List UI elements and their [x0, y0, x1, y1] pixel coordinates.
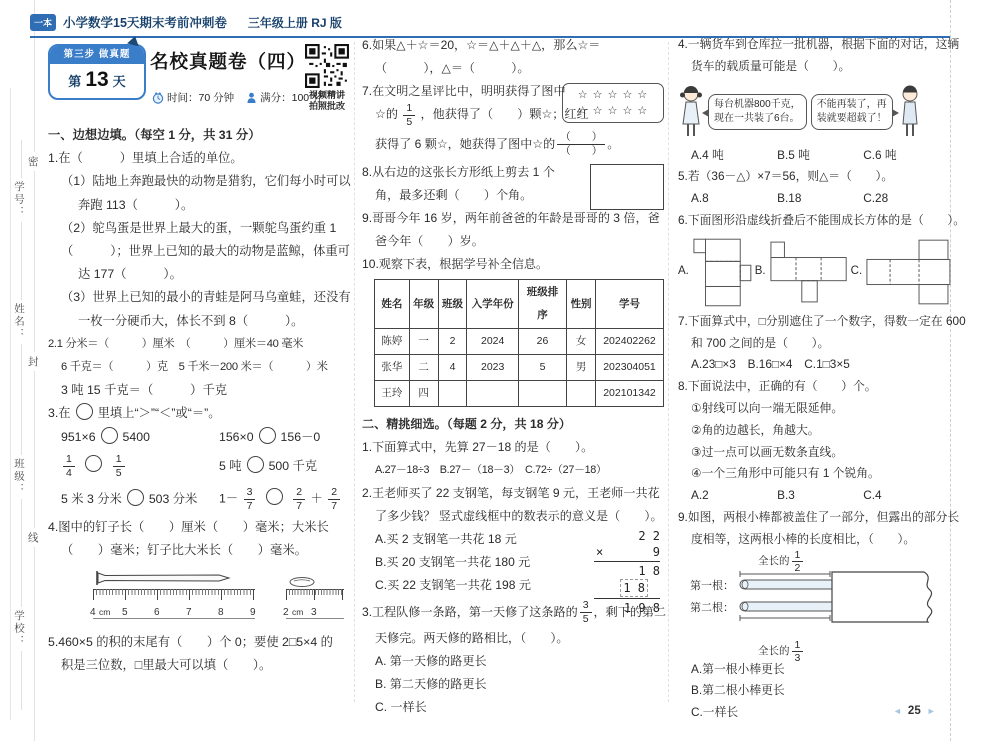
- badge-day-number: 13: [85, 68, 108, 92]
- cell-blank[interactable]: [438, 381, 467, 407]
- option-a: A. 第一天修的路更长: [362, 650, 664, 673]
- table-header-row: 姓名 年级 班级 入学年份 班级排序 性别 学号: [375, 280, 664, 329]
- question-line: 9.哥哥今年 16 岁，两年前爸爸的年龄是哥哥的 3 倍，爸: [362, 207, 664, 230]
- rectangle-paper-illustration: [590, 164, 664, 210]
- question-5-choice: 5.若（36－△）×7＝56，则△＝（ ）。 A.8 B.18 C.28: [678, 166, 952, 210]
- clock-icon: [152, 92, 164, 104]
- student-name-label: 姓名：: [12, 300, 27, 344]
- question-line: 奔跑 113（ ）。: [48, 194, 350, 217]
- time-item: 时间：70 分钟: [152, 90, 234, 105]
- mult-partial-1: 1 8: [594, 563, 660, 579]
- question-line: 1.在（ ）里填上合适的单位。: [48, 147, 350, 170]
- compare-circle[interactable]: [76, 403, 93, 420]
- compare-circle[interactable]: [259, 427, 276, 444]
- section2-question-1: 1.下面算式中，先算 27－18 的是（ ）。 A.27－18÷3 B.27－（…: [362, 436, 664, 482]
- question-1: 1.在（ ）里填上合适的单位。 （1）陆地上奔跑最快的动物是猎豹，它们每小时可以…: [48, 147, 350, 333]
- options-line: A.27－18÷3 B.27－（18－3） C.72÷（27－18）: [362, 459, 664, 482]
- cell: 2: [438, 329, 467, 355]
- cell: 26: [518, 329, 566, 355]
- edition-label: 三年级上册 RJ 版: [248, 14, 342, 31]
- compare-circle[interactable]: [127, 489, 144, 506]
- day-badge: 第三步 做真题 第 13 天: [48, 44, 146, 100]
- net-a: [692, 235, 752, 309]
- qr-caption: 视频精讲 拍照批改: [301, 90, 353, 112]
- question-line: （ ）；世界上已知的最大的动物是蓝鲸，体重可: [48, 240, 350, 263]
- net-label-b: B.: [755, 261, 766, 283]
- col-header: 入学年份: [467, 280, 518, 329]
- table-row: 王玲四202101342: [375, 381, 664, 407]
- cell: 202101342: [596, 381, 664, 407]
- bubble-line: 每台机器800千克，: [714, 98, 801, 112]
- question-line: （2）鸵鸟蛋是世界上最大的蛋，一颗鸵鸟蛋约重 1: [48, 217, 350, 240]
- column-divider-2: [668, 42, 669, 702]
- question-line: 3.工程队修一条路，第一天修了这条路的 35 ，剩下的第二: [362, 597, 664, 627]
- ruler2-ticks-big: [286, 589, 343, 600]
- question-line: 3.在里填上“＞”“＜”或“＝”。: [48, 402, 350, 425]
- ruler-number: 3: [311, 601, 317, 624]
- speech-bubble-1: 每台机器800千克， 现在一共装了6台。: [708, 94, 807, 130]
- question-line: 获得了 6 颗☆，她获得了图中☆的 （ ）（ ） 。: [362, 127, 664, 161]
- fraction: 27: [328, 487, 340, 511]
- table-row: 张华二420235男202304051: [375, 355, 664, 381]
- dashed-box: 1 8: [620, 579, 648, 597]
- cell: 5: [518, 355, 566, 381]
- seal-char-feng: 封: [28, 352, 39, 371]
- paper-title: 名校真题卷（四）: [150, 48, 306, 74]
- stick2-label: 第二根：: [690, 600, 734, 614]
- bubble-line: 现在一共装了6台。: [714, 112, 801, 126]
- badge-step-band: 第三步 做真题: [50, 46, 144, 64]
- question-line: 10.观察下表，根据学号补全信息。: [362, 253, 664, 276]
- question-line: 4.图中的钉子长（ ）厘米（ ）毫米；大米长: [48, 516, 350, 539]
- question-line: 积是三位数，□里最大可以填（ ）。: [48, 654, 350, 677]
- option-c: C. 一样长: [362, 696, 664, 719]
- score-icon: [246, 92, 257, 104]
- col-header: 年级: [409, 280, 438, 329]
- statement-2: ②角的边越长，角越大。: [678, 420, 952, 442]
- question-line: 了多少钱？ 竖式虚线框中的数表示的意义是（ ）。: [362, 505, 664, 528]
- compare-circle[interactable]: [101, 427, 118, 444]
- ruler-number: 6: [154, 601, 160, 624]
- options-row: A.4 吨 B.5 吨 C.6 吨: [678, 145, 952, 167]
- ruler2-underline: [286, 618, 344, 619]
- question-line: （3）世界上已知的最小的青蛙是阿马乌童蛙，还没有: [48, 286, 350, 309]
- question-line: 天修完。两天修的路相比，（ ）。: [362, 627, 664, 650]
- question-8-choice: 8.下面说法中，正确的有（ ）个。 ①射线可以向一端无限延伸。 ②角的边越长，角…: [678, 376, 952, 507]
- paper-meta: 时间：70 分钟 满分：100 分: [152, 90, 323, 105]
- option-b: B.18: [777, 188, 863, 210]
- compare-row: 5 米 3 分米503 分米 1－ 37 27 ＋ 27: [48, 483, 350, 516]
- sticks-graphic: 第一根： 第二根：: [688, 570, 942, 638]
- option-a: A.4 吨: [691, 145, 777, 167]
- option-b: B.5 吨: [777, 145, 863, 167]
- bubble-line: 不能再装了，再: [817, 98, 887, 112]
- option-c: C.6 吨: [863, 145, 949, 167]
- question-line: 爸今年（ ）岁。: [362, 230, 664, 253]
- ruler-ticks-big: [93, 589, 254, 600]
- question-line: 2.1 分米＝（ ）厘米 （ ）厘米＝40 毫米: [48, 333, 350, 356]
- question-line: 一枚一分硬币大，体长不到 8（ ）。: [48, 310, 350, 333]
- mult-rule: [594, 561, 660, 562]
- school-label: 学校：: [12, 607, 27, 651]
- series-title: 小学数学15天期末考前冲刺卷: [63, 13, 227, 31]
- ruler-number: 8: [218, 601, 224, 624]
- question-6-choice: 6.下面图形沿虚线折叠后不能围成长方体的是（ ）。 A.: [678, 210, 952, 309]
- boy-figure: [897, 84, 923, 140]
- options-line: A.23□×3 B.16□×4 C.1□3×5: [678, 354, 952, 376]
- question-line: 5.460×5 的积的末尾有（ ）个 0；要使 2□5×4 的: [48, 631, 350, 654]
- compare-item: 5 吨500 千克: [219, 455, 317, 478]
- cell: 2023: [467, 355, 518, 381]
- option-a: A.8: [691, 188, 777, 210]
- truck-dialog-illustration: 每台机器800千克， 现在一共装了6台。 不能再装了，再 装就要超载了！: [678, 81, 952, 143]
- cell-blank[interactable]: [467, 381, 518, 407]
- question-7: ☆ ☆ ☆ ☆ ☆ ☆ ☆ ☆ ☆ ☆ 7.在文明之星评比中，明明获得了图中 ☆…: [362, 80, 664, 161]
- stick1-label: 第一根：: [690, 578, 734, 592]
- question-3: 3.在里填上“＞”“＜”或“＝”。 951×65400 156×0156－0 1…: [48, 402, 350, 515]
- ruler-number: 5: [122, 601, 128, 624]
- cell: 4: [438, 355, 467, 381]
- column-1: 一、边想边填。（每空 1 分，共 31 分） 1.在（ ）里填上合适的单位。 （…: [48, 124, 350, 677]
- question-line: 8.下面说法中，正确的有（ ）个。: [678, 376, 952, 398]
- question-line: 7.下面算式中，□分别遮住了一个数字，得数一定在 600: [678, 311, 952, 333]
- cell: 男: [567, 355, 596, 381]
- section2-question-2: 2.王老师买了 22 支钢笔，每支钢笔 9 元，王老师一共花 了多少钱？ 竖式虚…: [362, 482, 664, 597]
- compare-item: 951×65400: [61, 426, 219, 449]
- cell-blank[interactable]: [518, 381, 566, 407]
- qr-code: [305, 44, 349, 93]
- ruler-number: 4: [90, 601, 96, 624]
- masthead: 一本 小学数学15天期末考前冲刺卷 三年级上册 RJ 版: [30, 13, 342, 31]
- compare-item: 14 15: [61, 454, 219, 478]
- student-id-label: 学号：: [12, 178, 27, 222]
- seal-char-mi: 密: [28, 152, 39, 171]
- page-indicator: ◄ 25 ►: [893, 705, 936, 717]
- fraction: 35: [580, 600, 592, 624]
- prev-page-arrow-icon: ◄: [893, 706, 902, 716]
- question-8: 8.从右边的这张长方形纸上剪去 1 个 角，最多还剩（ ）个角。: [362, 161, 664, 207]
- options-row: A.8 B.18 C.28: [678, 188, 952, 210]
- bubble-line: 装就要超载了！: [817, 112, 887, 126]
- speech-bubble-2: 不能再装了，再 装就要超载了！: [811, 94, 893, 130]
- column-divider-1: [354, 42, 355, 702]
- cell: 张华: [375, 355, 410, 381]
- option-b: B.3: [777, 485, 863, 507]
- question-4: 4.图中的钉子长（ ）厘米（ ）毫米；大米长 （ ）毫米；钉子比大米长（ ）毫米…: [48, 516, 350, 631]
- compare-row: 951×65400 156×0156－0: [48, 426, 350, 450]
- compare-item: 156×0156－0: [219, 426, 320, 449]
- compare-item: 1－ 37 27 ＋ 27: [219, 487, 342, 511]
- col-header: 班级排序: [518, 280, 566, 329]
- option-a: A.第一根小棒更长: [678, 659, 952, 681]
- ruler-number: 9: [250, 601, 256, 624]
- question-line: 度相等，这两根小棒的长度相比，（ ）。: [678, 529, 952, 551]
- compare-circle[interactable]: [247, 456, 264, 473]
- exam-paper-page: 学号： 姓名： 班级： 学校： 密 封 线 一本 小学数学15天期末考前冲刺卷 …: [0, 0, 1000, 741]
- badge-day-suffix: 天: [113, 71, 126, 90]
- col-header: 班级: [438, 280, 467, 329]
- option-c: C.4: [863, 485, 949, 507]
- net-label-a: A.: [678, 261, 689, 283]
- ruler-number: 7: [186, 601, 192, 624]
- mult-line: 2 2: [594, 528, 660, 544]
- seal-char-xian: 线: [28, 528, 39, 547]
- cell: 202304051: [596, 355, 664, 381]
- star-row: ☆ ☆ ☆ ☆ ☆: [563, 87, 663, 103]
- cell: 陈婷: [375, 329, 410, 355]
- option-b: B.第二根小棒更长: [678, 680, 952, 702]
- net-label-c: C.: [851, 261, 863, 283]
- mult-partial-2: 1 8: [594, 579, 660, 597]
- cell: 二: [409, 355, 438, 381]
- question-line: 和 700 之间的是（ ）。: [678, 333, 952, 355]
- cell: 王玲: [375, 381, 410, 407]
- ruler-underline: [93, 618, 255, 619]
- column-2: 6.如果△＋☆＝20，☆＝△＋△＋△，那么☆＝ （ ），△＝（ ）。 ☆ ☆ ☆…: [362, 34, 664, 719]
- sticks-illustration: 全长的 12 第一根： 第二根：: [678, 552, 952, 658]
- blank-fraction: （ ）（ ）: [557, 132, 605, 156]
- girl-figure: [678, 84, 704, 140]
- question-4-choice: 4.一辆货车到仓库拉一批机器，根据下面的对话，这辆 货车的载质量可能是（ ）。 …: [678, 34, 952, 166]
- question-7-choice: 7.下面算式中，□分别遮住了一个数字，得数一定在 600 和 700 之间的是（…: [678, 311, 952, 376]
- option-a: A.2: [691, 485, 777, 507]
- qr-caption-line1: 视频精讲: [301, 90, 353, 101]
- col-header: 学号: [596, 280, 664, 329]
- section-2-heading: 二、精挑细选。（每题 2 分，共 18 分）: [362, 413, 664, 436]
- fraction: 27: [293, 487, 305, 511]
- ruler-diagram: 4 cm 5 6 7 8 9 2 cm 3: [48, 565, 350, 631]
- question-9-choice: 9.如图，两根小棒都被盖住了一部分，但露出的部分长 度相等，这两根小棒的长度相比…: [678, 507, 952, 724]
- question-6: 6.如果△＋☆＝20，☆＝△＋△＋△，那么☆＝ （ ），△＝（ ）。: [362, 34, 664, 80]
- margin-fold-line: [10, 88, 11, 720]
- student-id-table: 姓名 年级 班级 入学年份 班级排序 性别 学号 陈婷一2202426女2024…: [374, 279, 664, 407]
- question-line: 达 177（ ）。: [48, 263, 350, 286]
- badge-day: 第 13 天: [50, 64, 144, 96]
- question-line: 货车的载质量可能是（ ）。: [678, 56, 952, 78]
- question-10: 10.观察下表，根据学号补全信息。 姓名 年级 班级 入学年份 班级排序 性别 …: [362, 253, 664, 407]
- qr-caption-line2: 拍照批改: [301, 101, 353, 112]
- cell: 一: [409, 329, 438, 355]
- question-line: 6.如果△＋☆＝20，☆＝△＋△＋△，那么☆＝: [362, 34, 664, 57]
- column-3: 4.一辆货车到仓库拉一批机器，根据下面的对话，这辆 货车的载质量可能是（ ）。 …: [678, 34, 952, 724]
- cell-blank[interactable]: [567, 381, 596, 407]
- col-header: 性别: [567, 280, 596, 329]
- fraction: 14: [63, 454, 75, 478]
- statement-3: ③过一点可以画无数条直线。: [678, 442, 952, 464]
- compare-item: 5 米 3 分米503 分米: [61, 488, 219, 511]
- cell: 四: [409, 381, 438, 407]
- question-line: （ ），△＝（ ）。: [362, 57, 664, 80]
- question-9: 9.哥哥今年 16 岁，两年前爸爸的年龄是哥哥的 3 倍，爸 爸今年（ ）岁。: [362, 207, 664, 253]
- question-line: 6.下面图形沿虚线折叠后不能围成长方体的是（ ）。: [678, 210, 952, 232]
- badge-tag: 做真题: [99, 49, 131, 60]
- question-line: （ ）毫米；钉子比大米长（ ）毫米。: [48, 539, 350, 562]
- question-line: 6 千克＝（ ）克 5 千米－200 米＝（ ）米: [48, 356, 350, 379]
- statement-4: ④一个三角形中可能只有 1 个锐角。: [678, 463, 952, 485]
- question-line: （1）陆地上奔跑最快的动物是猎豹，它们每小时可以: [48, 170, 350, 193]
- cell: 2024: [467, 329, 518, 355]
- nail-illustration: [93, 568, 243, 588]
- qr-code-graphic: [305, 44, 349, 88]
- next-page-arrow-icon: ►: [927, 706, 936, 716]
- question-line: 9.如图，两根小棒都被盖住了一部分，但露出的部分长: [678, 507, 952, 529]
- question-line: 5.若（36－△）×7＝56，则△＝（ ）。: [678, 166, 952, 188]
- compare-circle[interactable]: [266, 488, 283, 505]
- net-b: [769, 239, 848, 305]
- brand-logo: 一本: [30, 14, 56, 31]
- mult-line: ×9: [594, 544, 660, 560]
- options-row: A.2 B.3 C.4: [678, 485, 952, 507]
- badge-day-prefix: 第: [68, 71, 81, 90]
- ruler-unit: cm: [99, 601, 110, 624]
- section-1-heading: 一、边想边填。（每空 1 分，共 31 分）: [48, 124, 350, 147]
- question-line: 3 吨 15 千克＝（ ）千克: [48, 379, 350, 402]
- fraction: 15: [403, 103, 415, 127]
- time-text: 时间：70 分钟: [167, 90, 234, 105]
- ruler-unit: cm: [292, 601, 303, 624]
- fraction: 13: [792, 640, 804, 664]
- compare-circle[interactable]: [85, 455, 102, 472]
- box-nets-illustration: A. B.: [678, 235, 952, 309]
- col-header: 姓名: [375, 280, 410, 329]
- badge-step: 第三步: [64, 49, 96, 60]
- table-row: 陈婷一2202426女202402262: [375, 329, 664, 355]
- option-c: C.28: [863, 188, 949, 210]
- cell: 女: [567, 329, 596, 355]
- question-line: 1.下面算式中，先算 27－18 的是（ ）。: [362, 436, 664, 459]
- net-c: [865, 237, 952, 307]
- question-line: 2.王老师买了 22 支钢笔，每支钢笔 9 元，王老师一共花: [362, 482, 664, 505]
- rice-grain-illustration: [288, 576, 320, 588]
- question-5: 5.460×5 的积的末尾有（ ）个 0；要使 2□5×4 的 积是三位数，□里…: [48, 631, 350, 677]
- section2-question-3: 3.工程队修一条路，第一天修了这条路的 35 ，剩下的第二 天修完。两天修的路相…: [362, 597, 664, 719]
- class-label: 班级：: [12, 455, 27, 499]
- option-b: B. 第二天修的路更长: [362, 673, 664, 696]
- statement-1: ①射线可以向一端无限延伸。: [678, 398, 952, 420]
- page-number: 25: [908, 705, 921, 717]
- question-2: 2.1 分米＝（ ）厘米 （ ）厘米＝40 毫米 6 千克＝（ ）克 5 千米－…: [48, 333, 350, 403]
- compare-row: 14 15 5 吨500 千克: [48, 450, 350, 483]
- question-line: 4.一辆货车到仓库拉一批机器，根据下面的对话，这辆: [678, 34, 952, 56]
- fraction: 37: [244, 487, 256, 511]
- ruler-number: 2: [283, 601, 289, 624]
- full-length-third-label: 全长的 13: [758, 640, 805, 664]
- fraction: 15: [113, 454, 125, 478]
- cell: 202402262: [596, 329, 664, 355]
